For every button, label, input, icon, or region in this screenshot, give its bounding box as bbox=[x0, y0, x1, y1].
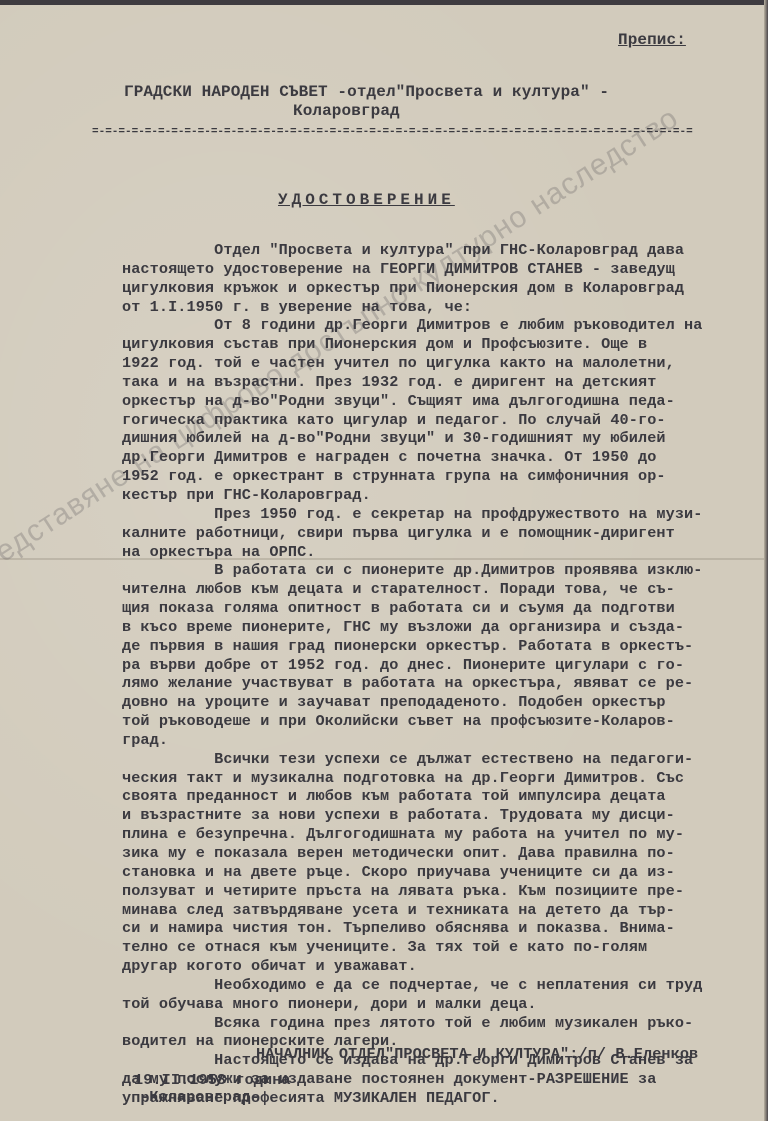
body-text-line: Необходимо е да се подчертае, че с непла… bbox=[122, 975, 702, 994]
body-text-line: зика му е показала верен методически опи… bbox=[122, 843, 702, 862]
body-text-line: Всички тези успехи се дължат естествено … bbox=[122, 749, 702, 768]
body-text-line: плина е безупречна. Дългогодишната му ра… bbox=[122, 824, 702, 843]
body-text-line: Всяка година през лятото той е любим муз… bbox=[122, 1013, 702, 1032]
organization-header: ГРАДСКИ НАРОДЕН СЪВЕТ -отдел"Просвета и … bbox=[124, 82, 609, 102]
body-text-line: оркестър на д-во"Родни звуци". Същият им… bbox=[122, 391, 702, 410]
body-text-line: цигулковия кръжок и оркестър при Пионерс… bbox=[122, 278, 702, 297]
document-body: Отдел "Просвета и култура" при ГНС-Колар… bbox=[122, 240, 702, 1107]
body-text-line: ра върви добре от 1952 год. до днес. Пио… bbox=[122, 655, 702, 674]
body-text-line: становка и на двете ръце. Скоро приучава… bbox=[122, 862, 702, 881]
body-text-line: др.Георги Димитров е награден с почетна … bbox=[122, 447, 702, 466]
body-text-line: и възрастните за нови успехи в работата.… bbox=[122, 805, 702, 824]
body-text-line: щия показа голяма опитност в работата си… bbox=[122, 598, 702, 617]
body-text-line: дишния юбилей на д-во"Родни звуци" и 30-… bbox=[122, 428, 702, 447]
body-text-line: От 8 години др.Георги Димитров е любим р… bbox=[122, 315, 702, 334]
body-text-line: телно се отнася към учениците. За тях то… bbox=[122, 937, 702, 956]
document-place: -Коларовград- bbox=[140, 1087, 260, 1107]
body-text-line: си и намира чистия тон. Търпеливо обясня… bbox=[122, 918, 702, 937]
body-text-line: другар когото обичат и уважават. bbox=[122, 956, 702, 975]
body-text-line: цигулковия състав при Пионерския дом и П… bbox=[122, 334, 702, 353]
body-text-line: от 1.I.1950 г. в уверение на това, че: bbox=[122, 297, 702, 316]
body-text-line: довно на уроците и заучават преподаденот… bbox=[122, 692, 702, 711]
body-text-line: 1952 год. е оркестрант в струнната група… bbox=[122, 466, 702, 485]
separator-line: =-=-=-=-=-=-=-=-=-=-=-=-=-=-=-=-=-=-=-=-… bbox=[92, 122, 693, 142]
body-text-line: той обучава много пионери, дори и малки … bbox=[122, 994, 702, 1013]
body-text-line: ползуват и четирите пръста на лявата рък… bbox=[122, 881, 702, 900]
copy-label: Препис: bbox=[618, 30, 686, 50]
body-text-line: град. bbox=[122, 730, 702, 749]
body-text-line: на оркестъра на ОРПС. bbox=[122, 542, 702, 561]
body-text-line: чителна любов към децата и старателност.… bbox=[122, 579, 702, 598]
body-text-line: той ръководеше и при Околийски съвет на … bbox=[122, 711, 702, 730]
body-text-line: де първия в нашия град пионерски оркестъ… bbox=[122, 636, 702, 655]
body-text-line: кестър при ГНС-Коларовград. bbox=[122, 485, 702, 504]
body-text-line: Отдел "Просвета и култура" при ГНС-Колар… bbox=[122, 240, 702, 259]
body-text-line: така и на възрастни. През 1932 год. е ди… bbox=[122, 372, 702, 391]
scan-right-edge bbox=[764, 0, 768, 1121]
body-text-line: своята преданност и любов към работата т… bbox=[122, 786, 702, 805]
document-title: УДОСТОВЕРЕНИЕ bbox=[278, 190, 455, 210]
body-text-line: минава след затвърдяване усета и техника… bbox=[122, 900, 702, 919]
body-text-line: гогическа практика като цигулар и педаго… bbox=[122, 410, 702, 429]
body-text-line: настоящето удостоверение на ГЕОРГИ ДИМИТ… bbox=[122, 259, 702, 278]
body-text-line: През 1950 год. е секретар на профдружест… bbox=[122, 504, 702, 523]
body-text-line: в късо време пионерите, ГНС му възложи д… bbox=[122, 617, 702, 636]
body-text-line: калните работници, свири първа цигулка и… bbox=[122, 523, 702, 542]
body-text-line: 1922 год. той е частен учител по цигулка… bbox=[122, 353, 702, 372]
body-text-line: ческия такт и музикална подготовка на др… bbox=[122, 768, 702, 787]
organization-city: Коларовград bbox=[293, 101, 400, 121]
body-text-line: лямо желание участвуват в работата на ор… bbox=[122, 673, 702, 692]
body-text-line: В работата си с пионерите др.Димитров пр… bbox=[122, 560, 702, 579]
signature-line: НАЧАЛНИК ОТДЕЛ"ПРОСВЕТА И КУЛТУРА":/п/ В… bbox=[256, 1044, 698, 1064]
